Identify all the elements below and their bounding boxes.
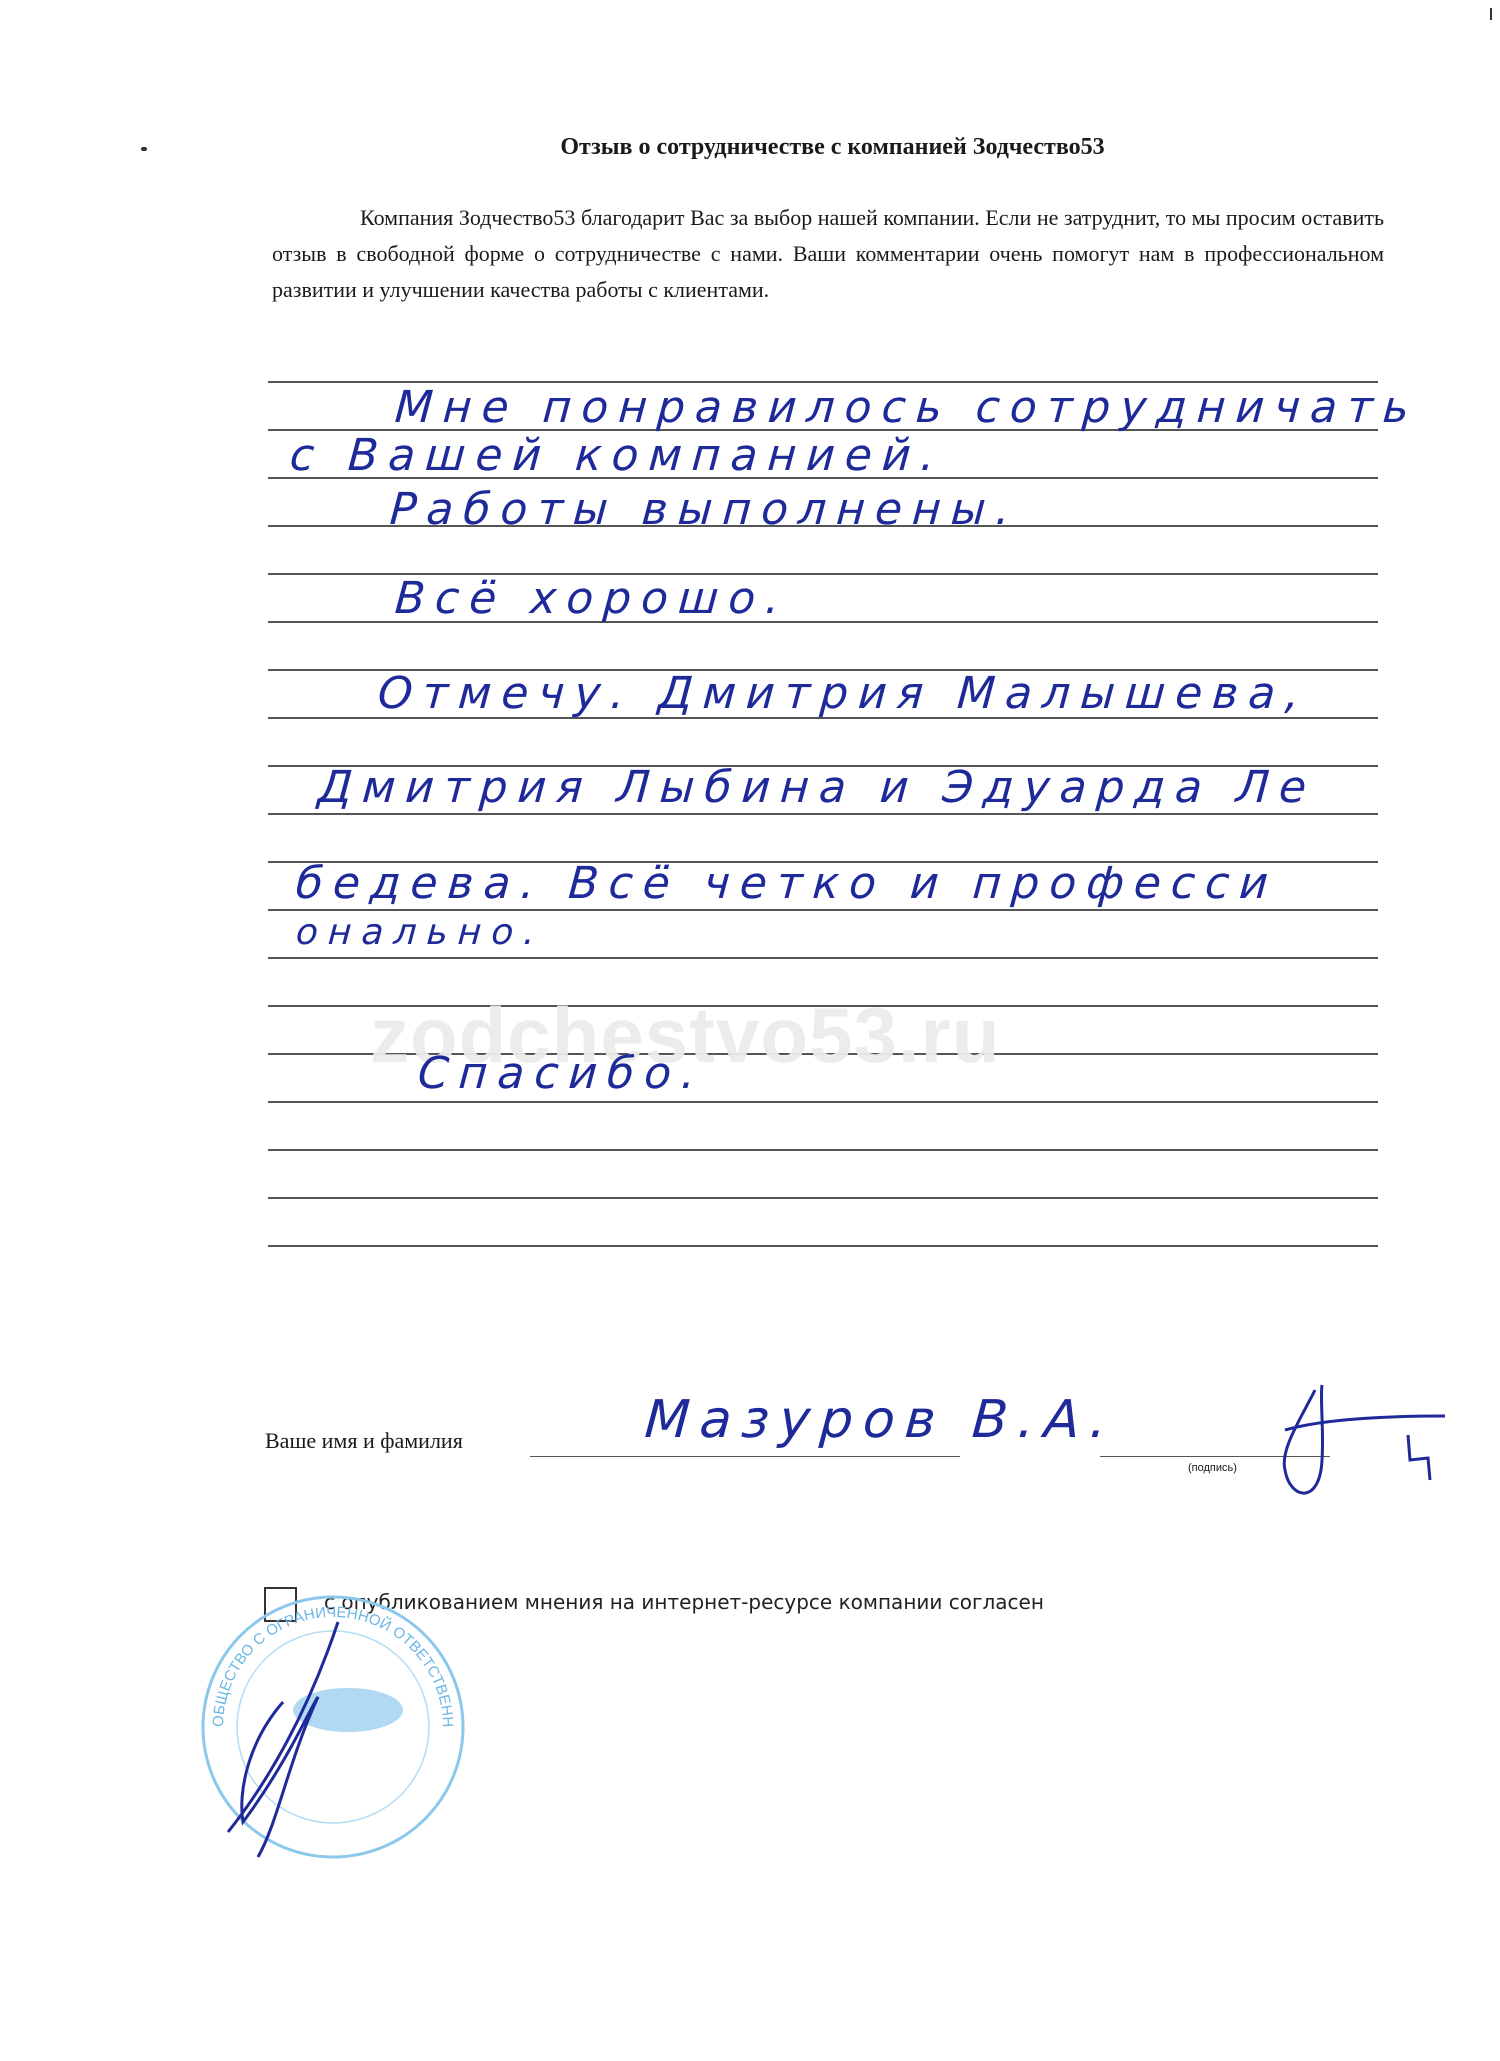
- review-line: бедева. Всё четко и професси: [294, 858, 1280, 909]
- signature-caption: (подпись): [1188, 1462, 1237, 1474]
- name-field-line: [530, 1456, 960, 1457]
- ruled-line: [268, 909, 1378, 911]
- review-line: Отмечу. Дмитрия Малышева,: [376, 668, 1311, 719]
- signature-mark: [1260, 1380, 1460, 1510]
- ruled-line: [268, 1101, 1378, 1103]
- review-line: Работы выполнены.: [388, 484, 1021, 535]
- ruled-line: [268, 813, 1378, 815]
- ruled-line: [268, 1197, 1378, 1199]
- ruled-line: [268, 957, 1378, 959]
- name-label: Ваше имя и фамилия: [265, 1428, 463, 1454]
- page-title: Отзыв о сотрудничестве с компанией Зодче…: [0, 134, 1500, 161]
- ruled-line: [268, 1245, 1378, 1247]
- ruled-line: [268, 1149, 1378, 1151]
- review-line: Мне понравилось сотрудничать: [393, 382, 1420, 433]
- name-value[interactable]: Мазуров В.А.: [643, 1390, 1119, 1450]
- review-line: Спасибо.: [416, 1048, 707, 1099]
- scan-mark: [1490, 8, 1492, 20]
- review-line: с Вашей компанией.: [288, 430, 946, 481]
- intro-paragraph: Компания Зодчество53 благодарит Вас за в…: [272, 200, 1384, 308]
- review-line: Всё хорошо.: [393, 573, 791, 624]
- review-line: Дмитрия Лыбина и Эдуарда Ле: [316, 762, 1318, 813]
- review-line: онально.: [295, 912, 547, 953]
- company-stamp: ОБЩЕСТВО С ОГРАНИЧЕННОЙ ОТВЕТСТВЕННОСТЬЮ: [198, 1592, 468, 1862]
